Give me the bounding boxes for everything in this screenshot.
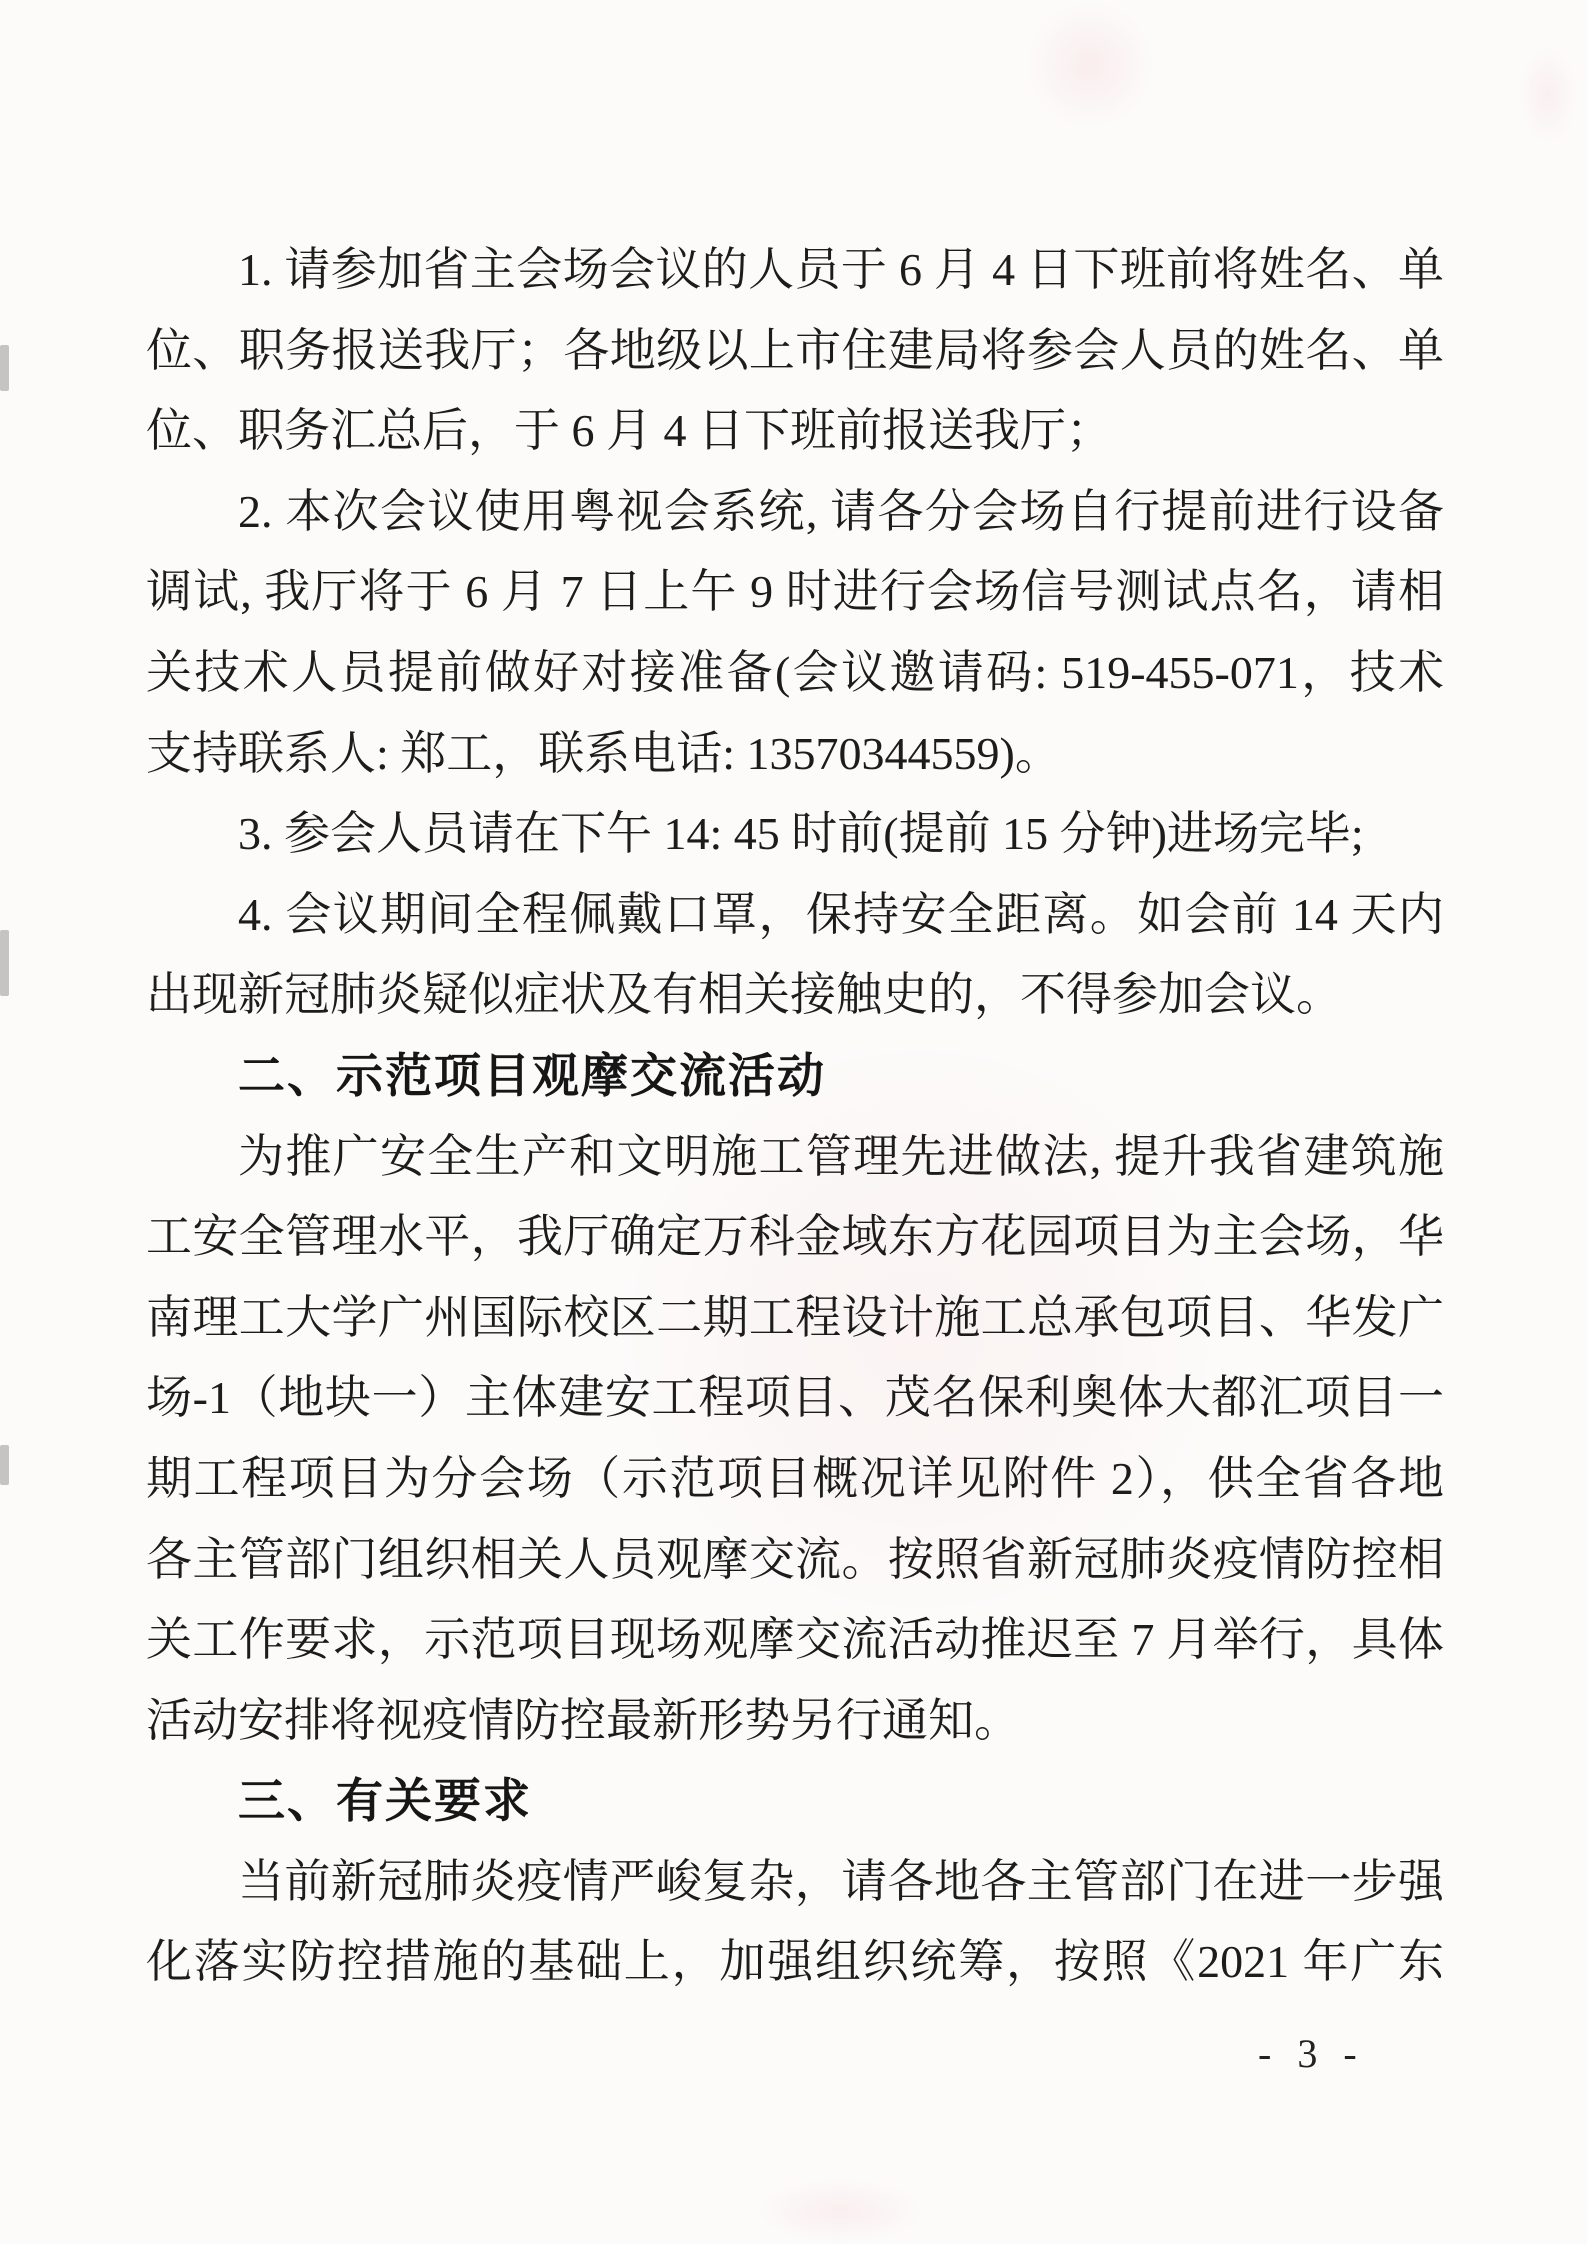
text-line: 化落实防控措施的基础上，加强组织统筹，按照《2021 年广东 — [146, 1922, 1444, 2003]
scan-edge-mark — [0, 1445, 9, 1485]
text-line: 当前新冠肺炎疫情严峻复杂，请各地各主管部门在进一步强 — [146, 1842, 1444, 1923]
text-line: 工安全管理水平，我厅确定万科金域东方花园项目为主会场，华 — [146, 1197, 1444, 1278]
page-number: - 3 - — [1258, 2030, 1365, 2077]
text-line: 4. 会议期间全程佩戴口罩，保持安全距离。如会前 14 天内 — [146, 875, 1444, 956]
text-line: 3. 参会人员请在下午 14: 45 时前(提前 15 分钟)进场完毕; — [146, 794, 1444, 875]
scan-edge-mark — [0, 930, 9, 996]
text-line: 出现新冠肺炎疑似症状及有相关接触史的，不得参加会议。 — [146, 955, 1444, 1036]
text-line: 南理工大学广州国际校区二期工程设计施工总承包项目、华发广 — [146, 1278, 1444, 1359]
text-line: 期工程项目为分会场（示范项目概况详见附件 2），供全省各地 — [146, 1439, 1444, 1520]
text-line: 关工作要求，示范项目现场观摩交流活动推迟至 7 月举行，具体 — [146, 1600, 1444, 1681]
scan-edge-mark — [0, 345, 9, 391]
text-line: 支持联系人: 郑工，联系电话: 13570344559)。 — [146, 714, 1444, 795]
scan-artifact-top-right — [1025, 0, 1155, 130]
scan-artifact-right-edge — [1518, 45, 1578, 145]
document-page: 1. 请参加省主会场会议的人员于 6 月 4 日下班前将姓名、单 位、职务报送我… — [0, 0, 1587, 2244]
text-line: 各主管部门组织相关人员观摩交流。按照省新冠肺炎疫情防控相 — [146, 1520, 1444, 1601]
text-line: 场-1（地块一）主体建安工程项目、茂名保利奥体大都汇项目一 — [146, 1358, 1444, 1439]
text-line: 1. 请参加省主会场会议的人员于 6 月 4 日下班前将姓名、单 — [146, 230, 1444, 311]
text-line: 活动安排将视疫情防控最新形势另行通知。 — [146, 1681, 1444, 1762]
section-heading-2: 二、示范项目观摩交流活动 — [146, 1036, 1444, 1117]
text-line: 2. 本次会议使用粤视会系统, 请各分会场自行提前进行设备 — [146, 472, 1444, 553]
text-line: 调试, 我厅将于 6 月 7 日上午 9 时进行会场信号测试点名，请相 — [146, 552, 1444, 633]
text-line: 位、职务汇总后，于 6 月 4 日下班前报送我厅； — [146, 391, 1444, 472]
section-heading-3: 三、有关要求 — [146, 1761, 1444, 1842]
document-text: 1. 请参加省主会场会议的人员于 6 月 4 日下班前将姓名、单 位、职务报送我… — [146, 230, 1444, 2003]
text-line: 位、职务报送我厅；各地级以上市住建局将参会人员的姓名、单 — [146, 311, 1444, 392]
text-line: 关技术人员提前做好对接准备(会议邀请码: 519-455-071，技术 — [146, 633, 1444, 714]
text-line: 为推广安全生产和文明施工管理先进做法, 提升我省建筑施 — [146, 1117, 1444, 1198]
scan-artifact-bottom — [755, 2178, 925, 2244]
